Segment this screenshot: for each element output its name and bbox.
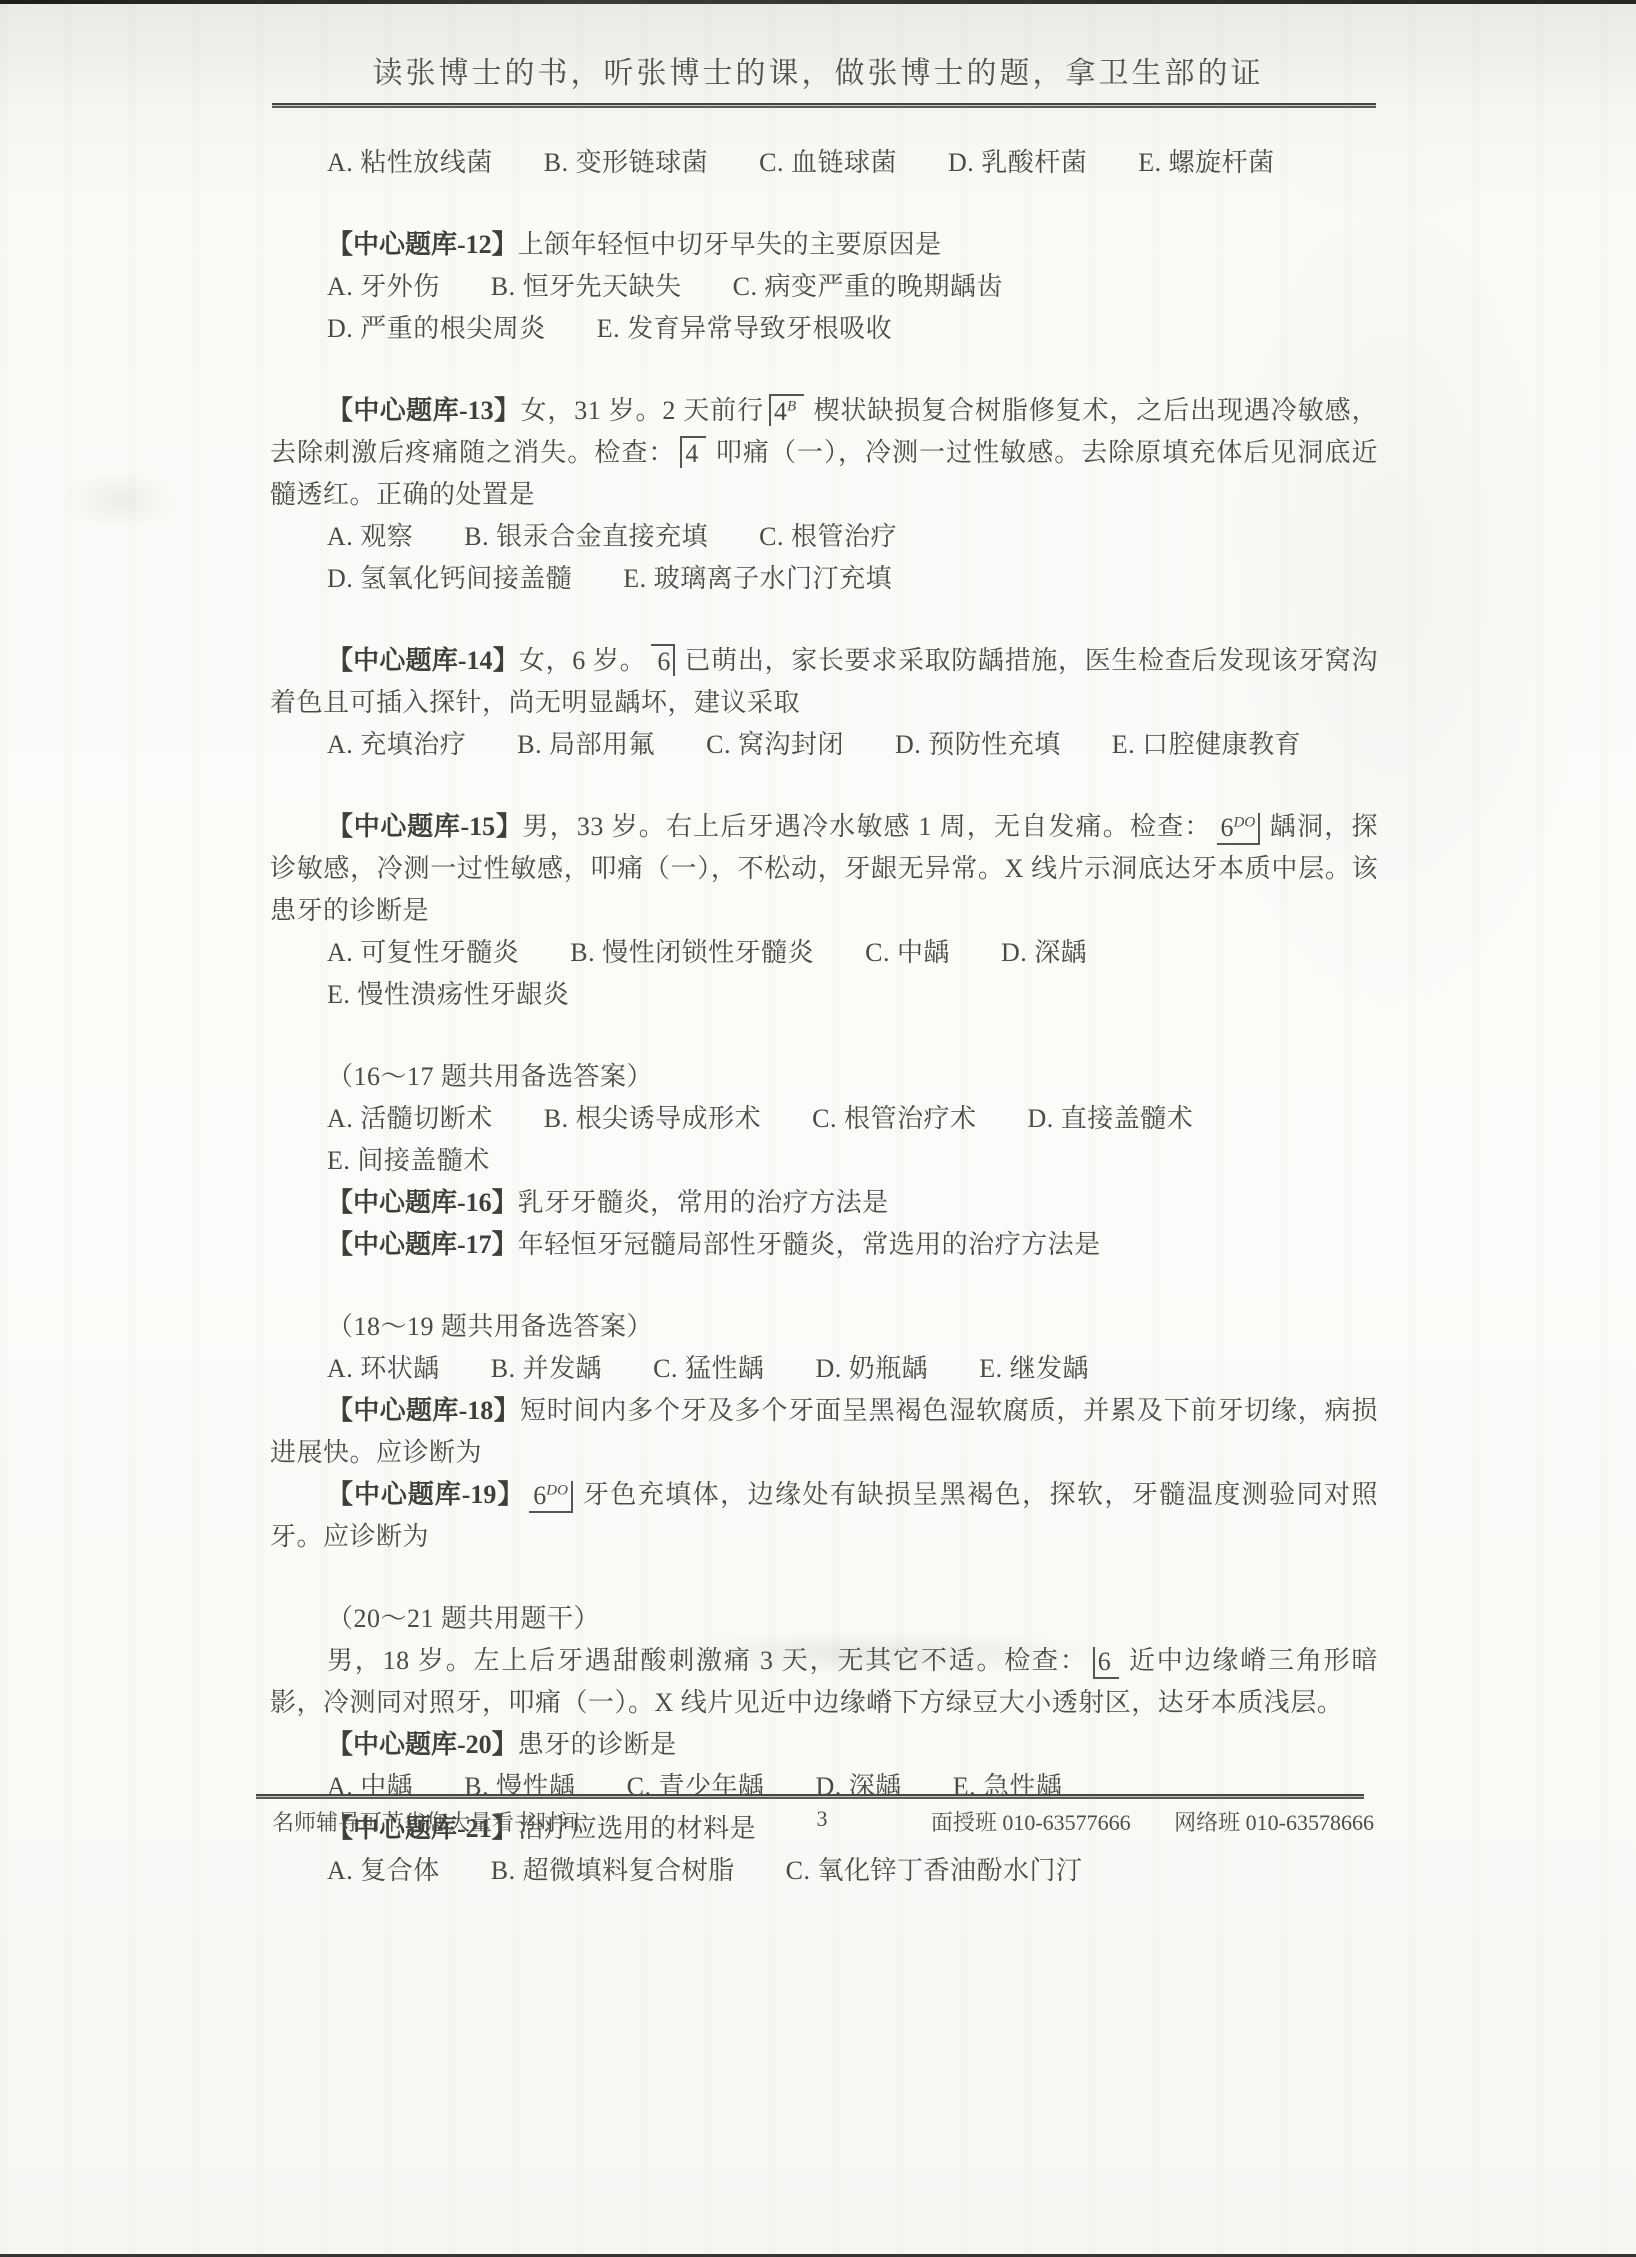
question-tag: 【中心题库-14】 <box>327 646 519 675</box>
footer-rule <box>256 1794 1364 1799</box>
option-item: C. 血链球菌 <box>759 142 897 184</box>
scan-edge-top <box>0 0 1636 4</box>
option-item: B. 根尖诱导成形术 <box>544 1098 761 1140</box>
option-item: B. 银汞合金直接充填 <box>464 516 708 558</box>
options-row: D. 氢氧化钙间接盖髓 E. 玻璃离子水门汀充填 <box>270 558 1378 600</box>
tooth-notation: 4B <box>769 394 804 426</box>
option-item: E. 玻璃离子水门汀充填 <box>623 558 892 600</box>
option-item: B. 慢性闭锁性牙髓炎 <box>570 932 814 974</box>
tooth-notation: 6DO <box>1217 813 1261 845</box>
question-15: 【中心题库-15】男，33 岁。右上后牙遇冷水敏感 1 周，无自发痛。检查：6D… <box>270 806 1378 1016</box>
question-12: 【中心题库-12】上颌年轻恒中切牙早失的主要原因是 A. 牙外伤 B. 恒牙先天… <box>270 224 1378 350</box>
option-item: C. 中龋 <box>865 932 950 974</box>
question-tag: 【中心题库-19】 <box>327 1480 524 1509</box>
question-tag: 【中心题库-13】 <box>327 396 520 425</box>
stem-text: 年轻恒牙冠髓局部性牙髓炎，常选用的治疗方法是 <box>518 1230 1101 1259</box>
question-stem: 【中心题库-14】女，6 岁。6已萌出，家长要求采取防龋措施，医生检查后发现该牙… <box>270 640 1378 724</box>
tooth-number: 6 <box>533 1481 546 1510</box>
question-18: 【中心题库-18】短时间内多个牙及多个牙面呈黑褐色湿软腐质，并累及下前牙切缘，病… <box>270 1390 1378 1474</box>
footer-phone-onsite-class: 面授班 010-63577666 <box>931 1810 1131 1835</box>
question-19: 【中心题库-19】6DO牙色充填体，边缘处有缺损呈黑褐色，探软，牙髓温度测验同对… <box>270 1474 1378 1558</box>
tooth-number: 4 <box>774 397 787 426</box>
stem-text: 乳牙牙髓炎，常用的治疗方法是 <box>518 1188 889 1217</box>
option-item: D. 直接盖髓术 <box>1027 1098 1193 1140</box>
option-item: A. 活髓切断术 <box>327 1098 493 1140</box>
option-item: E. 螺旋杆菌 <box>1138 142 1274 184</box>
footer-slogan: 名师辅导可节省您大量看书时间 <box>272 1806 580 1837</box>
footer-phone-online-class: 网络班 010-63578666 <box>1174 1810 1374 1835</box>
shared-answer-group-18-19: （18～19 题共用备选答案） A. 环状龋 B. 并发龋 C. 猛性龋 D. … <box>270 1306 1378 1558</box>
shared-stem: 男，18 岁。左上后牙遇甜酸刺激痛 3 天，无其它不适。检查：6近中边缘嵴三角形… <box>270 1640 1378 1724</box>
option-item: E. 急性龋 <box>953 1766 1063 1808</box>
option-item: A. 观察 <box>327 516 413 558</box>
option-item: B. 恒牙先天缺失 <box>491 266 682 308</box>
options-row: A. 可复性牙髓炎 B. 慢性闭锁性牙髓炎 C. 中龋 D. 深龋 E. 慢性溃… <box>270 932 1378 1016</box>
option-item: A. 充填治疗 <box>327 724 466 766</box>
page-content: A. 粘性放线菌 B. 变形链球菌 C. 血链球菌 D. 乳酸杆菌 E. 螺旋杆… <box>270 142 1378 1892</box>
shared-stem-group-20-21: （20～21 题共用题干） 男，18 岁。左上后牙遇甜酸刺激痛 3 天，无其它不… <box>270 1598 1378 1892</box>
scan-smudge <box>60 470 180 530</box>
tooth-number: 6 <box>1098 1647 1111 1676</box>
options-row: A. 中龋 B. 慢性龋 C. 青少年龋 D. 深龋 E. 急性龋 <box>270 1766 1378 1808</box>
question-tag: 【中心题库-12】 <box>327 230 518 259</box>
question-stem: 【中心题库-13】女，31 岁。2 天前行4B楔状缺损复合树脂修复术，之后出现遇… <box>270 390 1378 516</box>
option-item: A. 环状龋 <box>327 1348 440 1390</box>
question-tag: 【中心题库-20】 <box>327 1730 518 1759</box>
header-slogan: 读张博士的书，听张博士的课，做张博士的题，拿卫生部的证 <box>0 48 1636 92</box>
stem-text: 女，31 岁。2 天前行 <box>520 396 764 425</box>
option-item: D. 乳酸杆菌 <box>948 142 1087 184</box>
question-stem: 【中心题库-12】上颌年轻恒中切牙早失的主要原因是 <box>270 224 1378 266</box>
option-item: D. 深龋 <box>815 1766 901 1808</box>
footer-page-number: 3 <box>817 1806 828 1832</box>
question-14: 【中心题库-14】女，6 岁。6已萌出，家长要求采取防龋措施，医生检查后发现该牙… <box>270 640 1378 766</box>
option-item: E. 发育异常导致牙根吸收 <box>597 308 892 350</box>
tooth-notation: 4 <box>680 436 706 468</box>
stem-text: 上颌年轻恒中切牙早失的主要原因是 <box>518 230 942 259</box>
option-item: B. 慢性龋 <box>464 1766 575 1808</box>
group-title: （18～19 题共用备选答案） <box>270 1306 1378 1348</box>
question-17: 【中心题库-17】年轻恒牙冠髓局部性牙髓炎，常选用的治疗方法是 <box>270 1224 1378 1266</box>
question-11-options: A. 粘性放线菌 B. 变形链球菌 C. 血链球菌 D. 乳酸杆菌 E. 螺旋杆… <box>270 142 1378 184</box>
option-item: C. 病变严重的晚期龋齿 <box>733 266 1003 308</box>
options-row: A. 粘性放线菌 B. 变形链球菌 C. 血链球菌 D. 乳酸杆菌 E. 螺旋杆… <box>270 142 1378 184</box>
tooth-notation: 6 <box>651 644 675 676</box>
footer-contacts: 面授班 010-63577666 网络班 010-63578666 <box>931 1806 1374 1837</box>
options-row: A. 观察 B. 银汞合金直接充填 C. 根管治疗 <box>270 516 1378 558</box>
group-title: （16～17 题共用备选答案） <box>270 1056 1378 1098</box>
option-item: A. 中龋 <box>327 1766 413 1808</box>
tooth-notation: 6DO <box>529 1481 573 1513</box>
option-item: C. 根管治疗术 <box>812 1098 976 1140</box>
option-item: C. 氧化锌丁香油酚水门汀 <box>786 1850 1083 1892</box>
question-13: 【中心题库-13】女，31 岁。2 天前行4B楔状缺损复合树脂修复术，之后出现遇… <box>270 390 1378 600</box>
tooth-number: 6 <box>657 647 670 676</box>
option-item: C. 猛性龋 <box>653 1348 764 1390</box>
shared-answer-group-16-17: （16～17 题共用备选答案） A. 活髓切断术 B. 根尖诱导成形术 C. 根… <box>270 1056 1378 1266</box>
option-item: A. 复合体 <box>327 1850 440 1892</box>
stem-text: 患牙的诊断是 <box>518 1730 677 1759</box>
option-item: A. 粘性放线菌 <box>327 142 493 184</box>
tooth-number: 6 <box>1221 813 1234 842</box>
option-item: E. 口腔健康教育 <box>1112 724 1301 766</box>
option-item: C. 窝沟封闭 <box>706 724 844 766</box>
question-tag: 【中心题库-17】 <box>327 1230 518 1259</box>
header-rule <box>272 103 1376 108</box>
option-item: D. 严重的根尖周炎 <box>327 308 546 350</box>
options-row: A. 牙外伤 B. 恒牙先天缺失 C. 病变严重的晚期龋齿 <box>270 266 1378 308</box>
stem-text: 男，33 岁。右上后牙遇冷水敏感 1 周，无自发痛。检查： <box>523 812 1212 841</box>
option-item: B. 并发龋 <box>491 1348 602 1390</box>
tooth-surface: B <box>787 398 796 414</box>
stem-text: 女，6 岁。 <box>519 646 646 675</box>
question-16: 【中心题库-16】乳牙牙髓炎，常用的治疗方法是 <box>270 1182 1378 1224</box>
scanned-exam-page: 读张博士的书，听张博士的课，做张博士的题，拿卫生部的证 A. 粘性放线菌 B. … <box>0 0 1636 2257</box>
stem-text: 男，18 岁。左上后牙遇甜酸刺激痛 3 天，无其它不适。检查： <box>327 1646 1088 1675</box>
tooth-surface: DO <box>1234 814 1256 830</box>
option-item: C. 青少年龋 <box>627 1766 765 1808</box>
group-title: （20～21 题共用题干） <box>270 1598 1378 1640</box>
option-item: D. 预防性充填 <box>895 724 1061 766</box>
options-row: A. 复合体 B. 超微填料复合树脂 C. 氧化锌丁香油酚水门汀 <box>270 1850 1378 1892</box>
option-item: B. 超微填料复合树脂 <box>491 1850 735 1892</box>
tooth-surface: DO <box>546 1482 568 1498</box>
option-item: E. 间接盖髓术 <box>327 1140 490 1182</box>
option-item: B. 局部用氟 <box>517 724 655 766</box>
option-item: E. 慢性溃疡性牙龈炎 <box>327 974 569 1016</box>
question-20: 【中心题库-20】患牙的诊断是 <box>270 1724 1378 1766</box>
option-item: D. 深龋 <box>1001 932 1087 974</box>
question-tag: 【中心题库-16】 <box>327 1188 518 1217</box>
option-item: E. 继发龋 <box>979 1348 1089 1390</box>
tooth-notation: 6 <box>1093 1647 1119 1679</box>
page-footer: 名师辅导可节省您大量看书时间 3 面授班 010-63577666 网络班 01… <box>270 1806 1374 1846</box>
question-stem: 【中心题库-15】男，33 岁。右上后牙遇冷水敏感 1 周，无自发痛。检查：6D… <box>270 806 1378 932</box>
option-item: D. 氢氧化钙间接盖髓 <box>327 558 572 600</box>
option-item: D. 奶瓶龋 <box>815 1348 928 1390</box>
options-row: A. 充填治疗 B. 局部用氟 C. 窝沟封闭 D. 预防性充填 E. 口腔健康… <box>270 724 1378 766</box>
option-item: B. 变形链球菌 <box>544 142 708 184</box>
question-tag: 【中心题库-15】 <box>327 812 523 841</box>
question-tag: 【中心题库-18】 <box>327 1396 520 1425</box>
option-item: A. 牙外伤 <box>327 266 440 308</box>
options-row: D. 严重的根尖周炎 E. 发育异常导致牙根吸收 <box>270 308 1378 350</box>
option-item: A. 可复性牙髓炎 <box>327 932 519 974</box>
options-row: A. 环状龋 B. 并发龋 C. 猛性龋 D. 奶瓶龋 E. 继发龋 <box>270 1348 1378 1390</box>
options-row: A. 活髓切断术 B. 根尖诱导成形术 C. 根管治疗术 D. 直接盖髓术 E.… <box>270 1098 1378 1182</box>
tooth-number: 4 <box>685 439 698 468</box>
option-item: C. 根管治疗 <box>759 516 897 558</box>
